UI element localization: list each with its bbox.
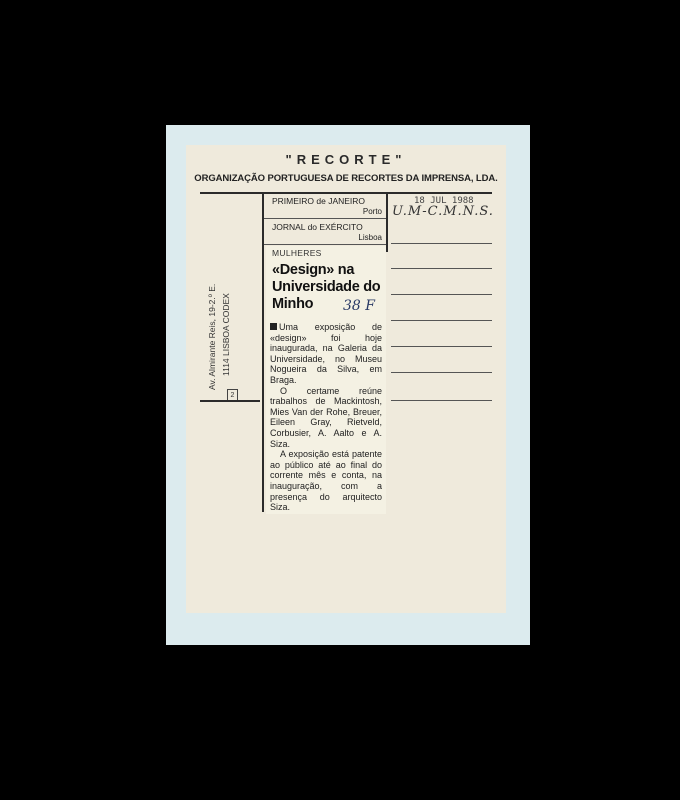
handwritten-code: U.M-C.M.N.S. [392,204,494,219]
blank-line-7 [391,400,492,401]
column-divider-right [386,192,388,252]
row-rule-1 [264,218,386,219]
left-column-rule [200,400,260,402]
blank-line-2 [391,268,492,269]
blank-line-4 [391,320,492,321]
source-city-1: Porto [330,207,382,216]
clipping-section: MULHERES [272,248,322,258]
column-divider-left [262,192,264,512]
paragraph-1: Uma exposição de «design» foi hoje inaug… [270,322,382,385]
source-city-2: Lisboa [330,233,382,242]
row-rule-2 [264,244,386,245]
form-title: "RECORTE" [186,152,506,167]
top-rule [200,192,492,194]
paragraph-2: O certame reúne trabalhos de Mackintosh,… [270,386,382,450]
address-block: Av. Almirante Reis, 19-2.º E. 1114 LISBO… [205,200,245,390]
blank-line-6 [391,372,492,373]
source-name-1: PRIMEIRO de JANEIRO [272,196,365,206]
blank-line-1 [391,243,492,244]
address-line-1: Av. Almirante Reis, 19-2.º E. [205,284,219,390]
form-subtitle: ORGANIZAÇÃO PORTUGUESA DE RECORTES DA IM… [186,173,506,184]
address-line-2: 1114 LISBOA CODEX [219,284,233,390]
source-name-2: JORNAL do EXÉRCITO [272,222,363,232]
clipping-body: Uma exposição de «design» foi hoje inaug… [270,322,382,513]
bullet-square-icon [270,323,277,330]
blank-line-3 [391,294,492,295]
blank-line-5 [391,346,492,347]
handwritten-number: 38 F [343,298,375,314]
paragraph-3: A exposição está patente ao público até … [270,449,382,513]
